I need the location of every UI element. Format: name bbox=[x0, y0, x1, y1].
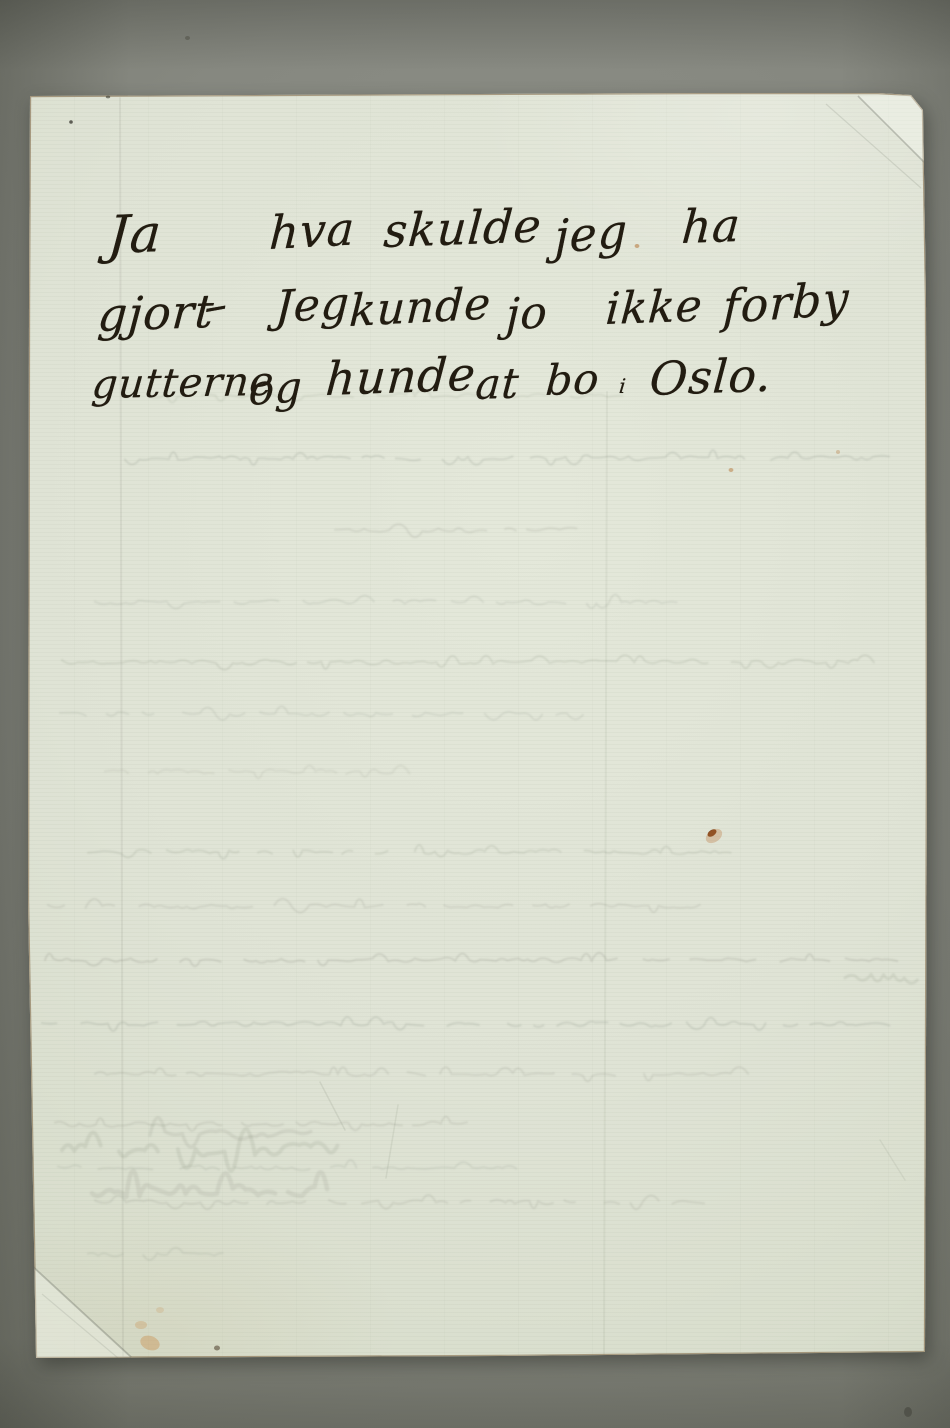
handwriting-layer: Jahvaskuldejeghagjort–Jegkundejoikkeforb… bbox=[0, 0, 950, 1428]
handwritten-word-l3-5: bo bbox=[544, 354, 601, 405]
handwritten-word-l2-2: – bbox=[202, 276, 229, 334]
handwritten-word-l1-3: skulde bbox=[382, 198, 544, 258]
handwritten-word-l3-4: at bbox=[474, 358, 521, 409]
handwritten-word-l2-1: gjort bbox=[96, 284, 216, 342]
handwritten-word-l3-3: hunde bbox=[324, 347, 478, 406]
letter-page: Jahvaskuldejeghagjort–Jegkundejoikkeforb… bbox=[0, 0, 950, 1428]
handwritten-word-l3-2: og bbox=[248, 362, 303, 415]
handwritten-word-l2-5: jo bbox=[505, 287, 549, 341]
handwritten-word-l1-1: Ja bbox=[106, 204, 164, 266]
handwritten-word-l3-6: i bbox=[618, 374, 627, 398]
handwritten-word-l1-2: hva bbox=[268, 201, 357, 260]
handwritten-word-l2-7: forby bbox=[722, 271, 850, 334]
handwritten-word-l3-7: Oslo. bbox=[648, 348, 774, 406]
handwritten-word-l1-5: ha bbox=[680, 198, 743, 254]
handwritten-word-l2-3: Jeg bbox=[274, 278, 351, 333]
handwritten-word-l2-4: kunde bbox=[348, 278, 492, 337]
backdrop-speck bbox=[904, 1407, 912, 1417]
photo-background: Jahvaskuldejeghagjort–Jegkundejoikkeforb… bbox=[0, 0, 950, 1428]
handwritten-word-l2-6: ikke bbox=[604, 280, 704, 335]
handwritten-word-l1-4: jeg bbox=[554, 203, 628, 264]
backdrop-speck bbox=[185, 36, 190, 40]
